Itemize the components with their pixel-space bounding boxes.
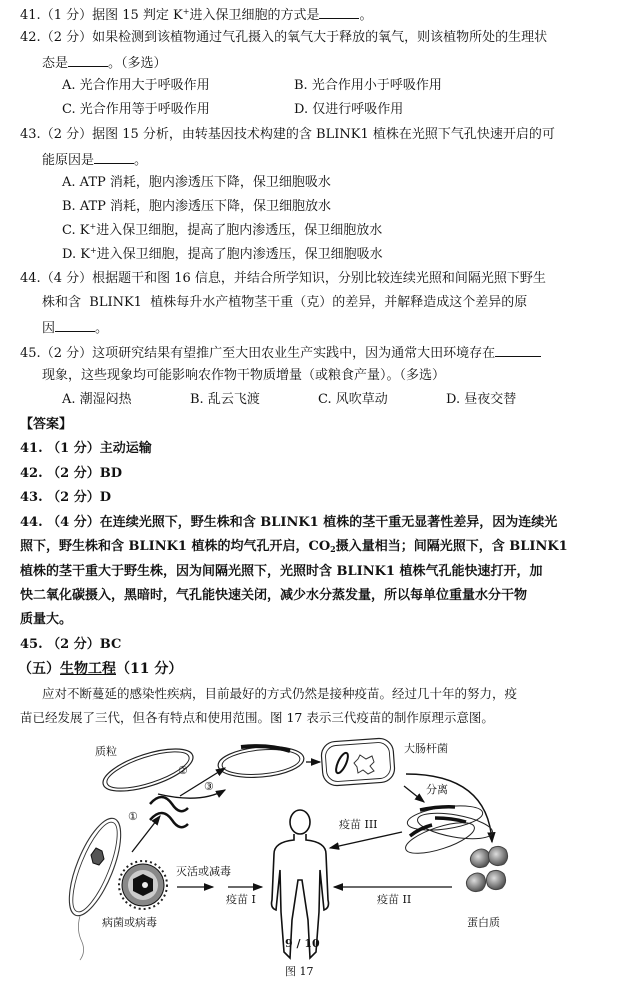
vaccine-2-label: 疫苗 II (377, 893, 411, 906)
answer-41: 41. （1 分）主动运输 (20, 441, 152, 457)
option-label: A. (62, 392, 76, 407)
option-45-b[interactable]: B. 乱云飞渡 (190, 392, 260, 408)
section-score: （11 分） (116, 661, 182, 677)
answer-44-line4: 快二氧化碳摄入，黑暗时，气孔能快速关闭，减少水分蒸发量，所以每单位重量水分干物 (20, 588, 527, 604)
question-45: 45.（2 分）这项研究结果有望推广至大田农业生产实践中，因为通常大田环境存在 (20, 344, 541, 362)
question-score: （1 分） (41, 8, 92, 23)
option-42-a[interactable]: A. 光合作用大于呼吸作用 (62, 78, 210, 94)
step-2-label: ② (178, 764, 188, 777)
question-text: 。 (134, 153, 147, 168)
option-label: D. (294, 102, 308, 117)
answer-blank[interactable] (55, 319, 95, 332)
option-label: B. (190, 392, 204, 407)
question-text: 现象，这些现象均可能影响农作物干物质增量（或粮食产量）。（多选） (42, 368, 445, 383)
figure-caption: 图 17 (285, 963, 314, 979)
option-label: B. (62, 199, 76, 214)
option-42-b[interactable]: B. 光合作用小于呼吸作用 (294, 78, 442, 94)
question-44-line2: 株和含 BLINK1 植株每升水产植物茎干重（克）的差异，并解释造成这个差异的原 (42, 295, 527, 311)
question-text: 。（多选） (108, 56, 167, 71)
question-42-line2: 态是。（多选） (42, 54, 167, 72)
question-text: 进入保卫细胞的方式是 (189, 8, 319, 23)
question-text: 因 (42, 321, 55, 336)
question-text: 这项研究结果有望推广至大田农业生产实践中，因为通常大田环境存在 (92, 346, 495, 361)
answer-43: 43. （2 分）D (20, 490, 111, 506)
question-number: 42. (20, 30, 41, 45)
answer-header: 【答案】 (20, 417, 72, 433)
figure-17-diagram: 质粒 ② ③ ① 大肠杆菌 分离 疫苗 III 灭活或减毒 疫苗 I 疫苗 II… (0, 730, 620, 1002)
option-label: D. (62, 247, 76, 262)
option-label: C. (318, 392, 332, 407)
option-text: 光合作用小于呼吸作用 (312, 78, 442, 93)
option-43-d[interactable]: D. K+进入保卫细胞，提高了胞内渗透压，保卫细胞吸水 (62, 247, 383, 263)
option-text: 昼夜交替 (464, 392, 516, 407)
question-42: 42.（2 分）如果检测到该植物通过气孔摄入的氧气大于释放的氧气，则该植物所处的… (20, 30, 547, 46)
answer-45: 45. （2 分）BC (20, 637, 121, 653)
question-text: 。 (95, 321, 108, 336)
option-label: A. (62, 175, 76, 190)
plasmid-label: 质粒 (95, 745, 117, 758)
question-number: 44. (20, 271, 41, 286)
option-43-c[interactable]: C. K+进入保卫细胞，提高了胞内渗透压，保卫细胞放水 (62, 223, 382, 239)
superscript: + (90, 246, 97, 255)
section-title: （五）生物工程（11 分） (18, 661, 182, 677)
question-score: （2 分） (41, 127, 92, 142)
option-text: 光合作用大于呼吸作用 (80, 78, 210, 93)
option-text: K (80, 247, 90, 262)
option-45-c[interactable]: C. 风吹草动 (318, 392, 388, 408)
question-number: 41. (20, 8, 41, 23)
answer-blank[interactable] (319, 6, 359, 19)
question-43-line2: 能原因是。 (42, 151, 147, 169)
option-text: 进入保卫细胞，提高了胞内渗透压，保卫细胞放水 (96, 223, 382, 238)
answer-text: 照下，野生株和含 BLINK1 植株的均气孔开启，CO (20, 539, 330, 554)
question-text: 能原因是 (42, 153, 94, 168)
punctuation: 。 (359, 8, 372, 23)
option-text: ATP 消耗，胞内渗透压下降，保卫细胞放水 (80, 199, 331, 214)
question-number: 43. (20, 127, 41, 142)
answer-blank[interactable] (495, 344, 541, 357)
separate-label: 分离 (426, 783, 448, 796)
answer-42: 42. （2 分）BD (20, 466, 122, 482)
answer-blank[interactable] (94, 151, 134, 164)
question-text: 根据题干和图 16 信息，并结合所学知识，分别比较连续光照和间隔光照下野生 (92, 271, 546, 286)
answer-44-line3: 植株的茎干重大于野生株，因为间隔光照下，光照时含 BLINK1 植株气孔能快速打… (20, 564, 543, 580)
option-text: 进入保卫细胞，提高了胞内渗透压，保卫细胞吸水 (97, 247, 383, 262)
question-text: 据图 15 判定 K (92, 8, 183, 23)
question-text: 态是 (42, 56, 68, 71)
question-text: 株和含 BLINK1 植株每升水产植物茎干重（克）的差异，并解释造成这个差异的原 (42, 295, 527, 310)
virus-icon (119, 861, 167, 909)
bacterium-icon (59, 812, 131, 960)
option-text: 乱云飞渡 (208, 392, 260, 407)
answer-text: 摄入量相当；间隔光照下，含 BLINK1 (336, 539, 568, 554)
option-label: D. (446, 392, 460, 407)
section-intro-line1: 应对不断蔓延的感染性疾病，目前最好的方式仍然是接种疫苗。经过几十年的努力，疫 (42, 686, 517, 702)
option-label: A. (62, 78, 76, 93)
step-3-label: ③ (204, 780, 214, 793)
option-42-c[interactable]: C. 光合作用等于呼吸作用 (62, 102, 210, 118)
step-1-label: ① (128, 810, 138, 823)
inactivate-label: 灭活或减毒 (176, 865, 231, 878)
gene-fragment-icon (150, 797, 188, 827)
recombinant-plasmid-icon (217, 743, 305, 780)
protein-icon (466, 846, 507, 891)
option-43-b[interactable]: B. ATP 消耗，胞内渗透压下降，保卫细胞放水 (62, 199, 331, 215)
question-score: （4 分） (41, 271, 92, 286)
option-label: C. (62, 102, 76, 117)
vaccine-3-label: 疫苗 III (339, 818, 378, 831)
option-text: 光合作用等于呼吸作用 (80, 102, 210, 117)
question-44: 44.（4 分）根据题干和图 16 信息，并结合所学知识，分别比较连续光照和间隔… (20, 271, 546, 287)
option-43-a[interactable]: A. ATP 消耗，胞内渗透压下降，保卫细胞吸水 (62, 175, 331, 191)
option-label: B. (294, 78, 308, 93)
question-score: （2 分） (41, 30, 92, 45)
e-coli-label: 大肠杆菌 (404, 742, 448, 755)
option-label: C. (62, 223, 76, 238)
answer-blank[interactable] (68, 54, 108, 67)
protein-label: 蛋白质 (467, 916, 500, 929)
answer-44-line5: 质量大。 (20, 612, 72, 628)
option-45-d[interactable]: D. 昼夜交替 (446, 392, 516, 408)
page-number: 9 / 10 (285, 937, 320, 950)
question-44-line3: 因。 (42, 319, 108, 337)
question-41: 41.（1 分）据图 15 判定 K+进入保卫细胞的方式是。 (20, 6, 372, 24)
option-text: 仅进行呼吸作用 (312, 102, 403, 117)
option-42-d[interactable]: D. 仅进行呼吸作用 (294, 102, 403, 118)
question-43: 43.（2 分）据图 15 分析，由转基因技术构建的含 BLINK1 植株在光照… (20, 127, 555, 143)
question-45-line2: 现象，这些现象均可能影响农作物干物质增量（或粮食产量）。（多选） (42, 368, 445, 384)
vaccine-1-label: 疫苗 I (226, 893, 256, 906)
section-intro-line2: 苗已经发展了三代，但各有特点和使用范围。图 17 表示三代疫苗的制作原理示意图。 (20, 710, 494, 726)
section-name: 生物工程 (60, 661, 116, 677)
option-text: ATP 消耗，胞内渗透压下降，保卫细胞吸水 (80, 175, 331, 190)
answer-44-line2: 照下，野生株和含 BLINK1 植株的均气孔开启，CO2摄入量相当；间隔光照下，… (20, 539, 568, 555)
option-text: 潮湿闷热 (80, 392, 132, 407)
e-coli-icon (321, 738, 396, 787)
question-text: 如果检测到该植物通过气孔摄入的氧气大于释放的氧气，则该植物所处的生理状 (92, 30, 547, 45)
human-figure-icon (272, 810, 329, 958)
pathogen-label: 病菌或病毒 (102, 916, 157, 929)
question-number: 45. (20, 346, 41, 361)
answer-44-line1: 44. （4 分）在连续光照下，野生株和含 BLINK1 植株的茎干重无显著性差… (20, 515, 557, 531)
section-number: （五） (18, 661, 60, 677)
option-45-a[interactable]: A. 潮湿闷热 (62, 392, 132, 408)
option-text: 风吹草动 (336, 392, 388, 407)
question-text: 据图 15 分析，由转基因技术构建的含 BLINK1 植株在光照下气孔快速开启的… (92, 127, 555, 142)
question-score: （2 分） (41, 346, 92, 361)
